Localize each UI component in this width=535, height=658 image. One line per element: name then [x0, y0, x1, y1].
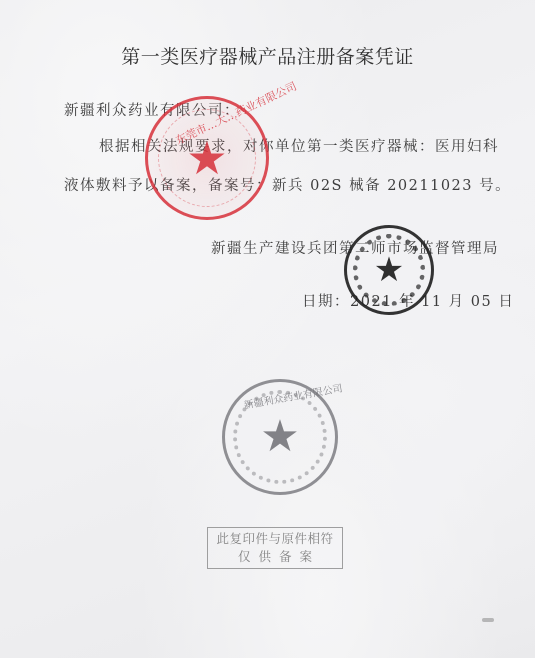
body-text-line-2: 液体敷料予以备案，备案号：新兵 02S 械备 20211023 号。 — [64, 174, 511, 195]
scan-smudge — [482, 618, 494, 622]
document-page: 第一类医疗器械产品注册备案凭证 新疆利众药业有限公司： 根据相关法规要求，对你单… — [0, 0, 535, 658]
star-icon: ★ — [374, 253, 404, 287]
star-icon: ★ — [186, 135, 227, 181]
copy-certification-stamp: 此复印件与原件相符 仅供备案 — [207, 527, 343, 569]
copy-stamp-line-2: 仅供备案 — [208, 548, 342, 566]
star-icon: ★ — [260, 415, 299, 459]
document-title: 第一类医疗器械产品注册备案凭证 — [0, 42, 535, 69]
company-seal: 新疆利众药业有限公司 ★ — [222, 379, 338, 495]
red-company-seal: 东莞市…大…药业有限公司 ★ — [145, 96, 269, 220]
copy-stamp-line-1: 此复印件与原件相符 — [208, 530, 342, 548]
authority-seal: ★ — [344, 225, 434, 315]
date-label: 日期： — [302, 294, 350, 310]
